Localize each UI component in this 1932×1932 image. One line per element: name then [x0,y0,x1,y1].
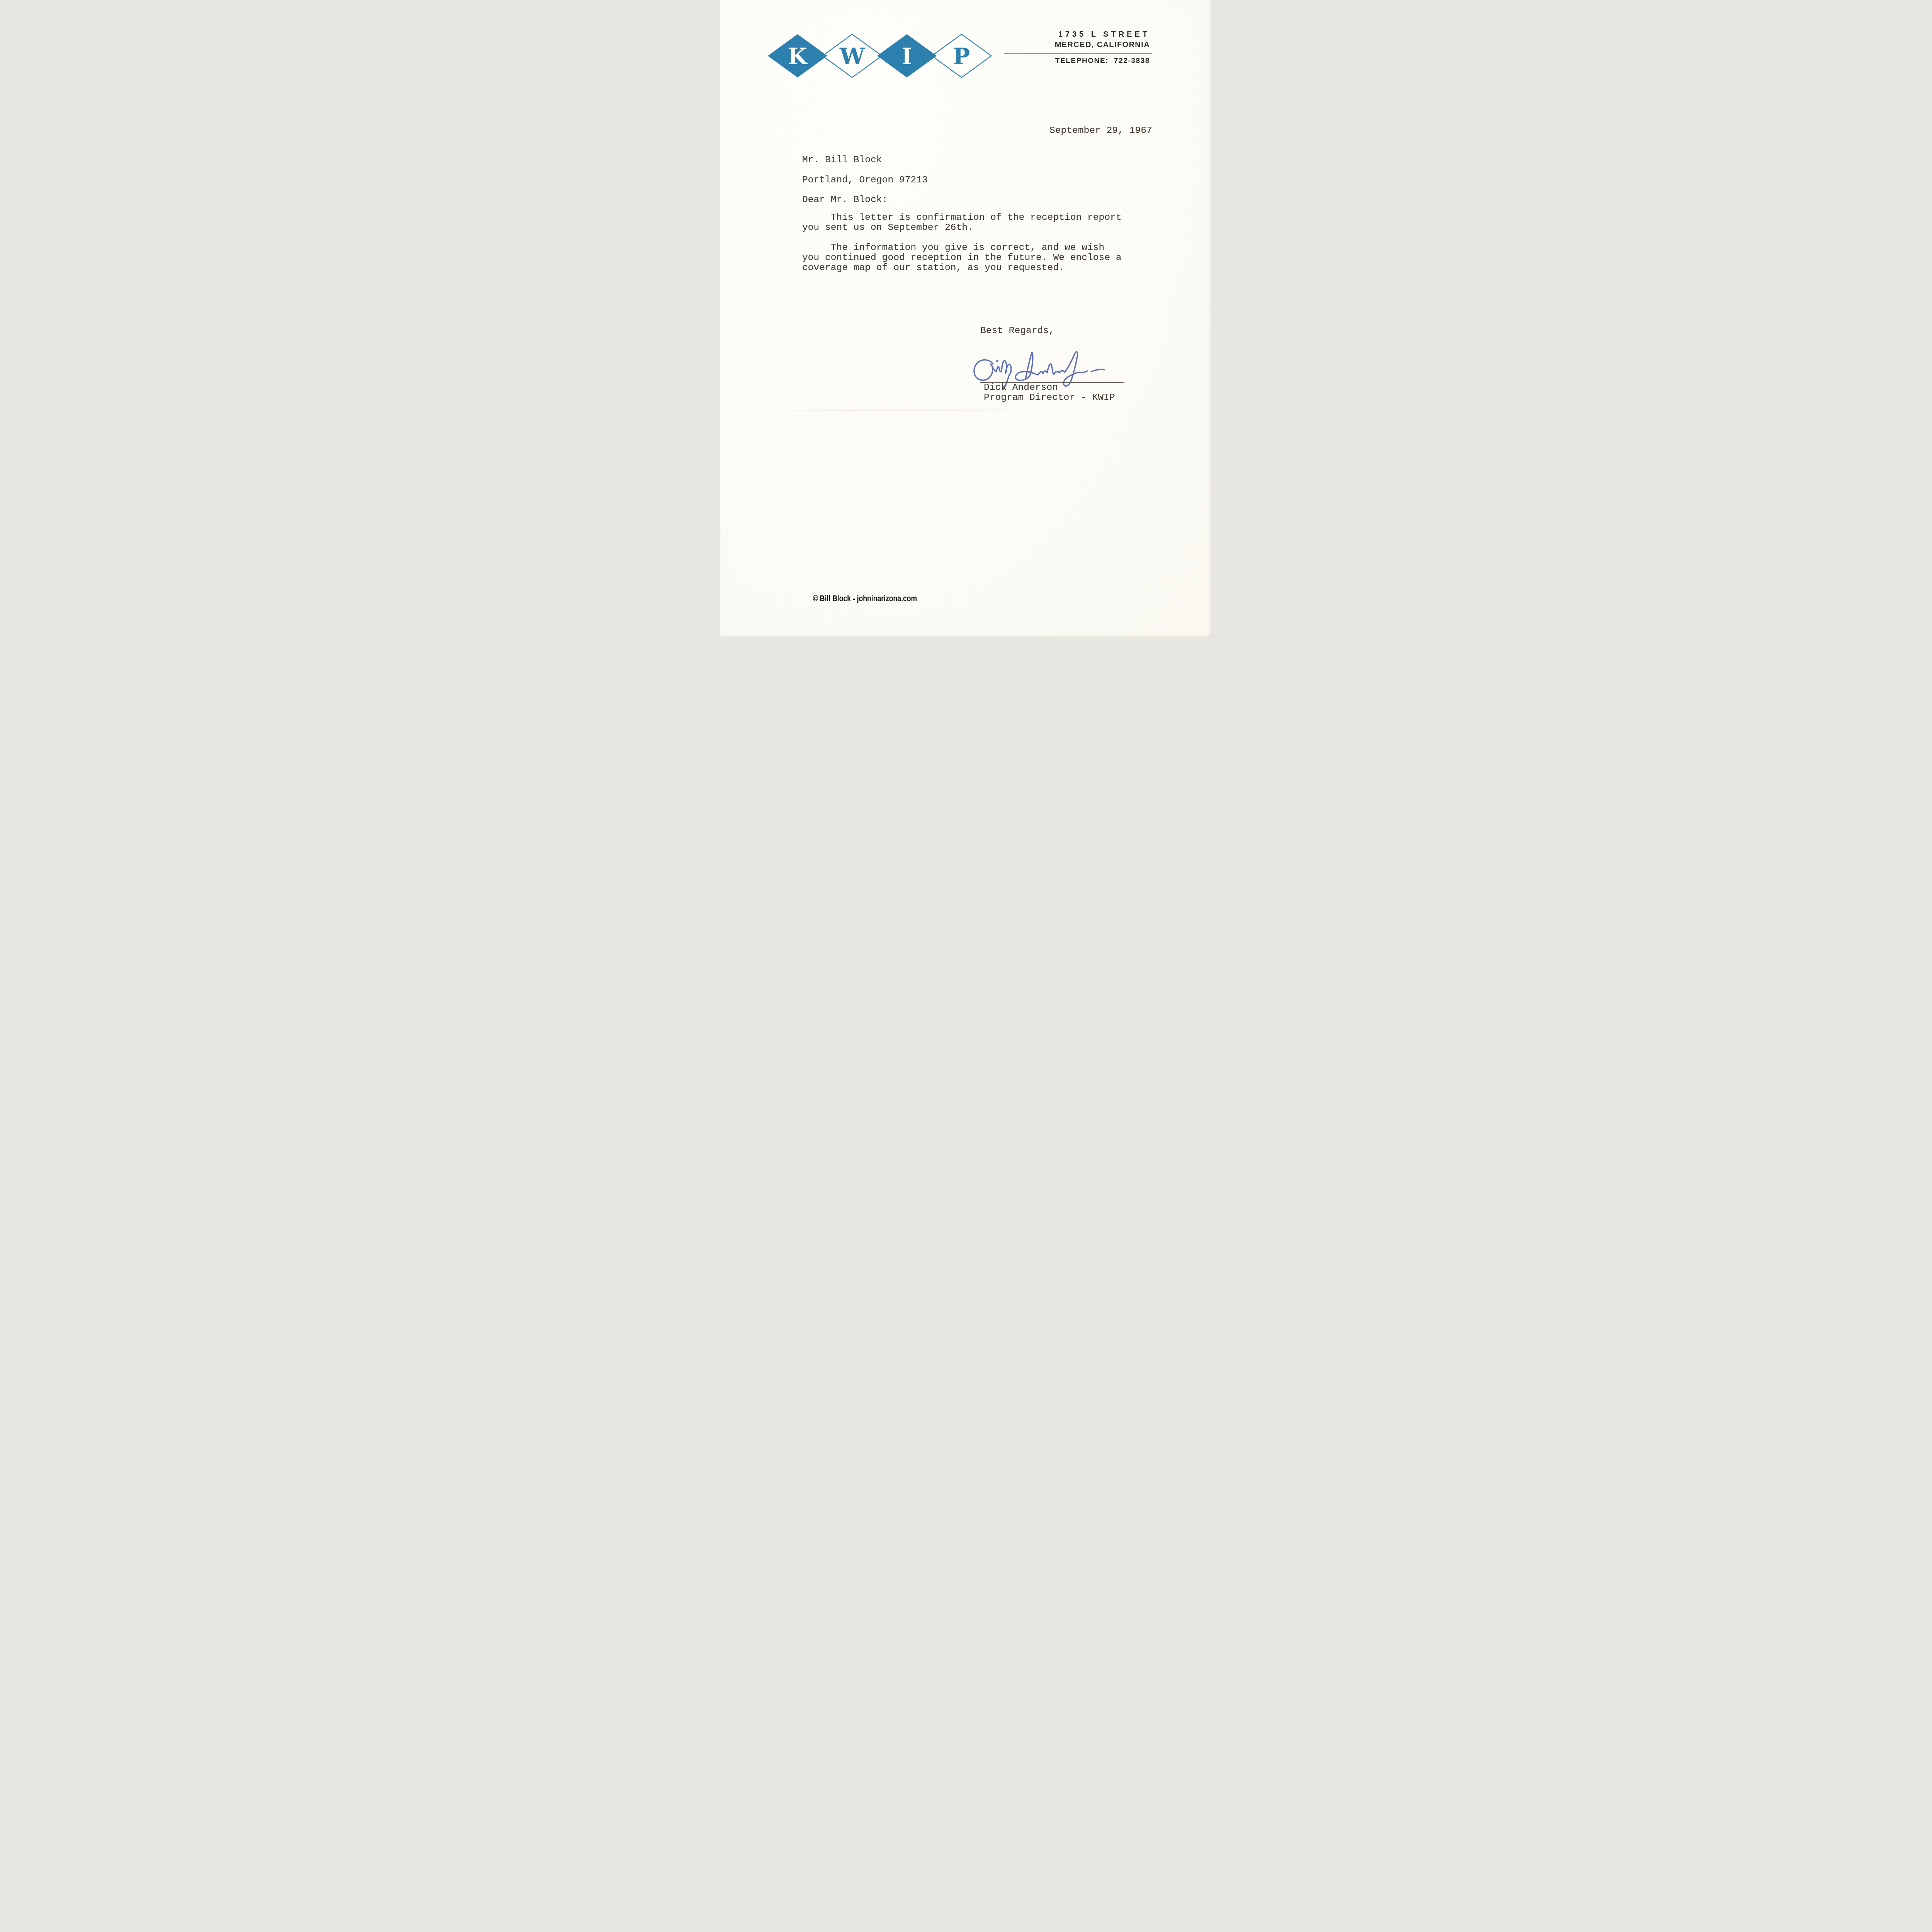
footer-credit: © Bill Block - johninarizona.com [813,594,917,604]
logo-letter-i: I [901,43,912,70]
letterhead-city-state: MERCED, CALIFORNIA [1055,41,1150,49]
logo-letter-k: K [788,43,808,70]
signer-name: Dick Anderson [984,383,1058,393]
letterhead-divider-rule [1004,53,1152,54]
salutation: Dear Mr. Block: [802,195,888,205]
closing: Best Regards, [980,326,1054,336]
logo-letter-p: P [953,43,970,70]
signature-stroke-anderson [1015,352,1087,386]
logo-letter-w: W [839,43,865,70]
body-paragraph-1: This letter is confirmation of the recep… [802,213,1122,233]
body-paragraph-2: The information you give is correct, and… [802,243,1122,273]
scan-speck [861,548,861,549]
signature-i-dot [997,360,998,362]
scan-speck [959,129,959,129]
letterhead-street-address: 1735 L STREET [1058,30,1150,39]
scan-speck [1165,54,1166,55]
paper-crease [774,409,1107,411]
letterhead-telephone: TELEPHONE: 722-3838 [1055,57,1150,65]
kwip-logo: K W I P [766,33,994,80]
recipient-city: Portland, Oregon 97213 [802,175,928,185]
letter-page: K W I P 1735 L STREET MERCED, CALIFORNIA… [720,0,1212,637]
letter-date: September 29, 1967 [1049,126,1152,136]
signature-stroke-dash [1091,369,1104,372]
signer-title: Program Director - KWIP [984,393,1115,403]
recipient-name: Mr. Bill Block [802,155,882,165]
